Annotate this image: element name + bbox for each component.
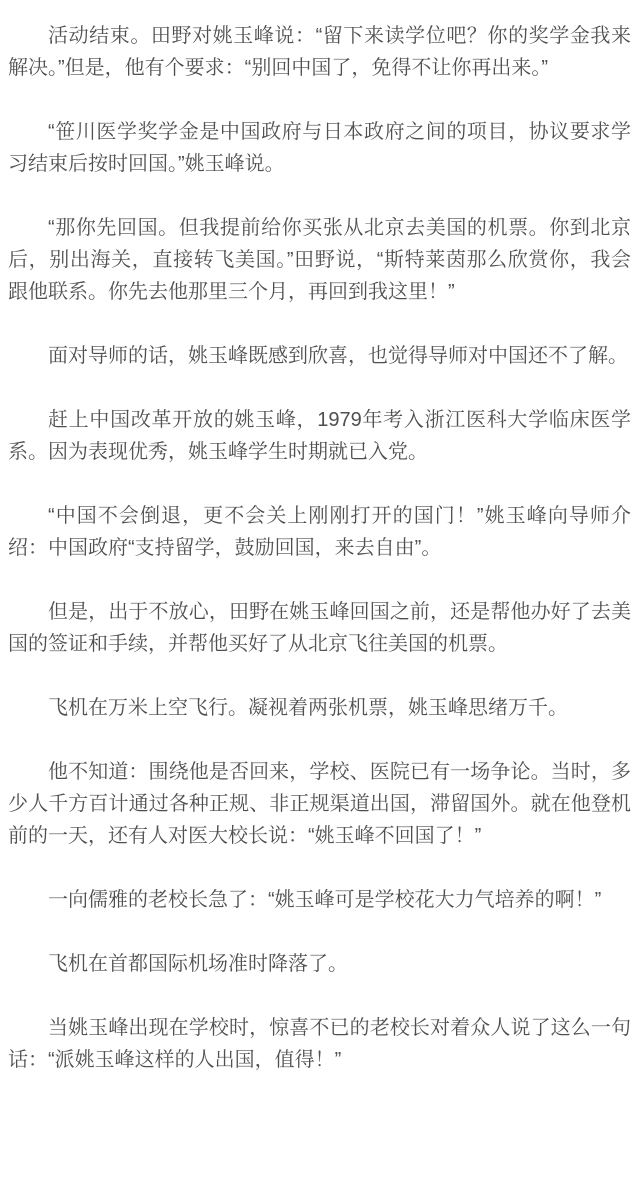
paragraph: 赶上中国改革开放的姚玉峰，1979年考入浙江医科大学临床医学系。因为表现优秀，姚…: [8, 404, 631, 468]
paragraph: 飞机在万米上空飞行。凝视着两张机票，姚玉峰思绪万千。: [8, 692, 631, 724]
article-body: 活动结束。田野对姚玉峰说：“留下来读学位吧？你的奖学金我来解决。”但是，他有个要…: [0, 0, 639, 1076]
paragraph: 但是，出于不放心，田野在姚玉峰回国之前，还是帮他办好了去美国的签证和手续，并帮他…: [8, 596, 631, 660]
paragraph: “笹川医学奖学金是中国政府与日本政府之间的项目，协议要求学习结束后按时回国。”姚…: [8, 116, 631, 180]
paragraph-list: 活动结束。田野对姚玉峰说：“留下来读学位吧？你的奖学金我来解决。”但是，他有个要…: [8, 20, 631, 1076]
paragraph: “中国不会倒退，更不会关上刚刚打开的国门！”姚玉峰向导师介绍：中国政府“支持留学…: [8, 500, 631, 564]
paragraph: 他不知道：围绕他是否回来，学校、医院已有一场争论。当时，多少人千方百计通过各种正…: [8, 756, 631, 852]
paragraph: 面对导师的话，姚玉峰既感到欣喜，也觉得导师对中国还不了解。: [8, 340, 631, 372]
paragraph: “那你先回国。但我提前给你买张从北京去美国的机票。你到北京后，别出海关，直接转飞…: [8, 212, 631, 308]
paragraph: 一向儒雅的老校长急了：“姚玉峰可是学校花大力气培养的啊！”: [8, 884, 631, 916]
paragraph: 飞机在首都国际机场准时降落了。: [8, 948, 631, 980]
paragraph: 当姚玉峰出现在学校时，惊喜不已的老校长对着众人说了这么一句话：“派姚玉峰这样的人…: [8, 1012, 631, 1076]
paragraph: 活动结束。田野对姚玉峰说：“留下来读学位吧？你的奖学金我来解决。”但是，他有个要…: [8, 20, 631, 84]
